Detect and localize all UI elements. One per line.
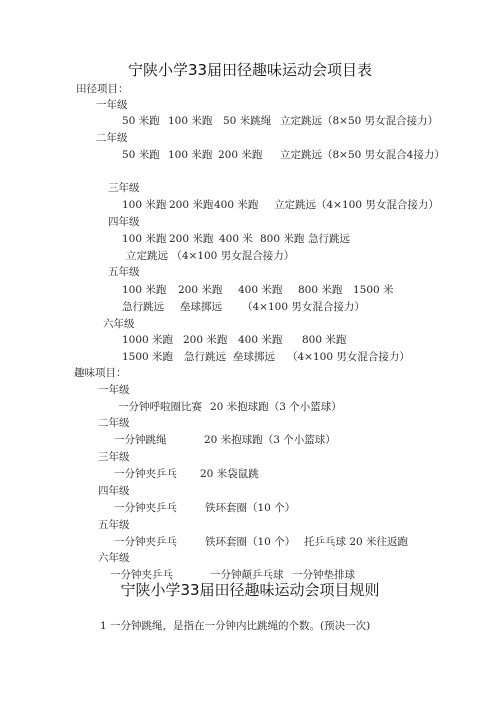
event: 800 米跑 [260,232,304,246]
event: 一分钟夹乒乓 [114,501,177,515]
event: 一分钟呼啦圈比赛 [118,400,202,414]
event: 1500 米 [353,283,394,297]
event: 立定跳远（8×50 男女混合接力） [280,114,438,128]
event: 一分钟跳绳 [114,433,167,447]
event: 400 米跑 [214,198,258,212]
event: 50 米跑 [122,114,160,128]
fun-grade-4-label: 四年级 [98,484,130,498]
track-grade-2-label: 二年级 [96,131,128,145]
event: 立定跳远 （4×100 男女混合接力） [126,249,294,263]
event: 20 米抱球跑（3 个小篮球） [210,400,342,414]
event: 垒球掷远 [180,300,222,314]
event: 一分钟夹乒乓 [114,535,177,549]
event: 200 米跑 [218,148,262,162]
rules-title: 宁陕小学33届田径趣味运动会项目规则 [0,580,500,600]
event: （4×100 男女混合接力） [287,350,410,364]
track-grade-5-label: 五年级 [108,265,140,279]
event: 200 米跑 [183,333,227,347]
event: 立定跳远（8×50 男女混合4接力） [280,148,445,162]
event: 铁环套圈（10 个） [205,501,295,515]
event: 1000 米跑 [122,333,173,347]
event: 垒球掷远 [233,350,275,364]
event: 800 米跑 [302,333,346,347]
fun-heading: 趣味项目： [74,366,127,380]
event: 急行跳远 [308,232,350,246]
event: 立定跳远（4×100 男女混合接力） [274,198,439,212]
event: 急行跳远 [122,300,164,314]
event: 铁环套圈（10 个） [205,535,295,549]
rule-item: 1 一分钟跳绳，是指在一分钟内比跳绳的个数。(预决一次) [100,619,370,633]
event: 100 米跑 [168,148,212,162]
event: 800 米跑 [298,283,342,297]
event: 100 米跑 [122,232,166,246]
event: 100 米跑 [122,283,166,297]
track-grade-6-label: 六年级 [103,317,135,331]
event: 20 米袋鼠跳 [200,467,259,481]
fun-grade-3-label: 三年级 [98,450,130,464]
event: 20 米抱球跑（3 个小篮球） [204,433,336,447]
event: 急行跳远 [184,350,226,364]
track-grade-4-label: 四年级 [108,215,140,229]
fun-grade-6-label: 六年级 [98,551,130,565]
event: 100 米跑 [168,114,212,128]
track-grade-3-label: 三年级 [108,181,140,195]
event: 一分钟夹乒乓 [114,467,177,481]
event: 400 米跑 [238,283,282,297]
fun-grade-1-label: 一年级 [98,383,130,397]
fun-grade-5-label: 五年级 [98,518,130,532]
event: 1500 米跑 [122,350,173,364]
event: 200 米跑 [169,198,213,212]
event: 400 米跑 [238,333,282,347]
event: 100 米跑 [122,198,166,212]
fun-grade-2-label: 二年级 [98,416,130,430]
event: （4×100 男女混合接力） [242,300,365,314]
event: 50 米跑 [122,148,160,162]
event: 托乒乓球 20 米往返跑 [304,535,408,549]
fun-grade-6-row: 一分钟夹乒乓 一分钟颠乒乓球 一分钟垫排球 [0,568,13,638]
page-title: 宁陕小学33届田径趣味运动会项目表 [0,60,500,80]
event: 50 米跳绳 [223,114,271,128]
track-grade-1-label: 一年级 [96,98,128,112]
event: 400 米 [219,232,253,246]
track-heading: 田径项目： [76,82,129,96]
event: 200 米跑 [169,232,213,246]
event: 200 米跑 [178,283,222,297]
